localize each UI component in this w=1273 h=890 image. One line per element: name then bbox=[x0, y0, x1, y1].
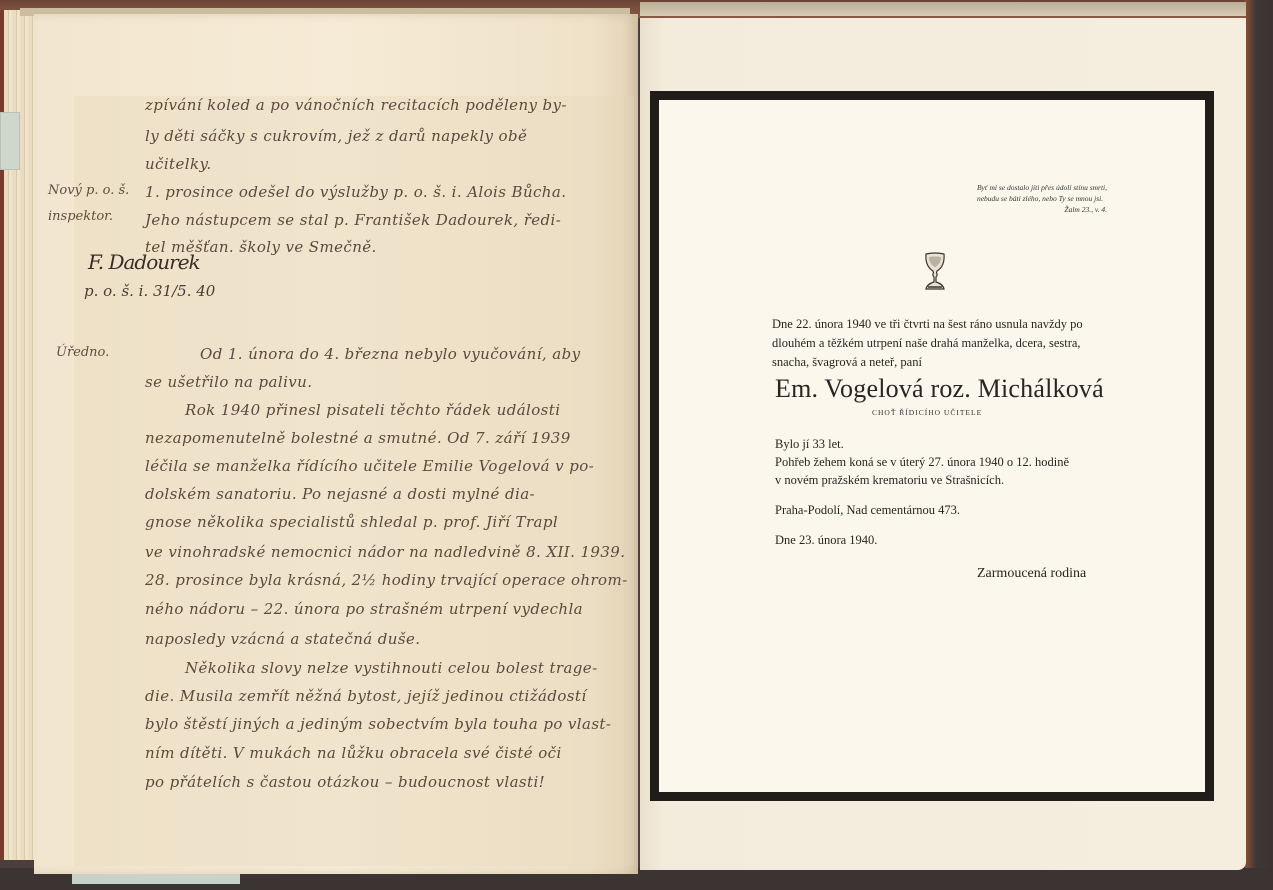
handwritten-line: 1. prosince odešel do výslužby p. o. š. … bbox=[145, 183, 566, 201]
motto-line-1: Byť mi se dostalo jíti přes údolí stínu … bbox=[977, 183, 1107, 192]
handwritten-line: dolském sanatoriu. Po nejasné a dosti my… bbox=[145, 485, 535, 503]
handwritten-line: ve vinohradské nemocnici nádor na nadled… bbox=[145, 543, 625, 561]
book-cover-right bbox=[1245, 0, 1273, 890]
handwritten-line: nezapomenutelně bolestné a smutné. Od 7.… bbox=[145, 429, 571, 447]
margin-note-new-inspector: Nový p. o. š. bbox=[48, 183, 129, 198]
handwritten-line: gnose několika specialistů shledal p. pr… bbox=[145, 513, 558, 531]
psalm-motto: Byť mi se dostalo jíti přes údolí stínu … bbox=[977, 182, 1107, 215]
age-line: Bylo jí 33 let. bbox=[775, 435, 1115, 453]
handwritten-line: Od 1. února do 4. března nebylo vyučován… bbox=[200, 345, 580, 363]
page-edge-top-right bbox=[640, 2, 1246, 16]
chalice-icon bbox=[921, 251, 949, 293]
handwritten-line: ly děti sáčky s cukrovím, jež z darů nap… bbox=[145, 127, 527, 145]
deceased-role: CHOŤ ŘÍDICÍHO UČITELE bbox=[872, 408, 982, 417]
notice-details: Bylo jí 33 let. Pohřeb žehem koná se v ú… bbox=[775, 435, 1115, 561]
handwritten-line: léčila se manželka řídícího učitele Emil… bbox=[145, 457, 594, 475]
handwritten-line: zpívání koled a po vánočních recitacích … bbox=[145, 96, 567, 114]
inspector-signature-title: p. o. š. i. 31/5. 40 bbox=[84, 282, 215, 300]
margin-note-inspector: inspektor. bbox=[48, 209, 113, 224]
handwritten-line: ného nádoru – 22. února po strašném utrp… bbox=[145, 600, 583, 618]
deceased-name: Em. Vogelová roz. Michálková bbox=[775, 374, 1104, 404]
handwritten-line: po přátelích s častou otázkou – budoucno… bbox=[145, 773, 545, 791]
handwritten-line: se ušetřilo na palivu. bbox=[145, 373, 312, 391]
signoff: Zarmoucená rodina bbox=[977, 566, 1086, 582]
address-line: Praha-Podolí, Nad cementárnou 473. bbox=[775, 501, 1115, 519]
handwritten-line: bylo štěstí jiných a jediným sobectvím b… bbox=[145, 715, 611, 733]
funeral-line-2: v novém pražském krematoriu ve Strašnicí… bbox=[775, 471, 1115, 489]
handwritten-line: 28. prosince byla krásná, 2½ hodiny trva… bbox=[145, 571, 628, 589]
page-tab bbox=[0, 112, 20, 170]
handwritten-line: ním dítěti. V mukách na lůžku obracela s… bbox=[145, 744, 562, 762]
margin-note-office: Úředno. bbox=[56, 345, 109, 360]
notice-intro: Dne 22. února 1940 ve tři čtvrti na šest… bbox=[772, 315, 1112, 372]
handwritten-line: Několika slovy nelze vystihnouti celou b… bbox=[185, 659, 598, 677]
death-notice: Byť mi se dostalo jíti přes údolí stínu … bbox=[650, 91, 1214, 801]
handwritten-line: die. Musila zemřít něžná bytost, jejíž j… bbox=[145, 687, 587, 705]
motto-line-2: nebudu se báti zlého, nebo Ty se mnou js… bbox=[977, 194, 1103, 203]
handwritten-line: učitelky. bbox=[145, 155, 212, 173]
inspector-signature: F. Dadourek bbox=[88, 250, 200, 274]
handwritten-line: naposledy vzácná a statečná duše. bbox=[145, 630, 420, 648]
handwritten-line: Jeho nástupcem se stal p. František Dado… bbox=[145, 211, 561, 229]
date-line: Dne 23. února 1940. bbox=[775, 531, 1115, 549]
funeral-line-1: Pohřeb žehem koná se v úterý 27. února 1… bbox=[775, 453, 1115, 471]
motto-reference: Žalm 23., v. 4. bbox=[977, 204, 1107, 215]
handwritten-line: Rok 1940 přinesl pisateli těchto řádek u… bbox=[185, 401, 560, 419]
